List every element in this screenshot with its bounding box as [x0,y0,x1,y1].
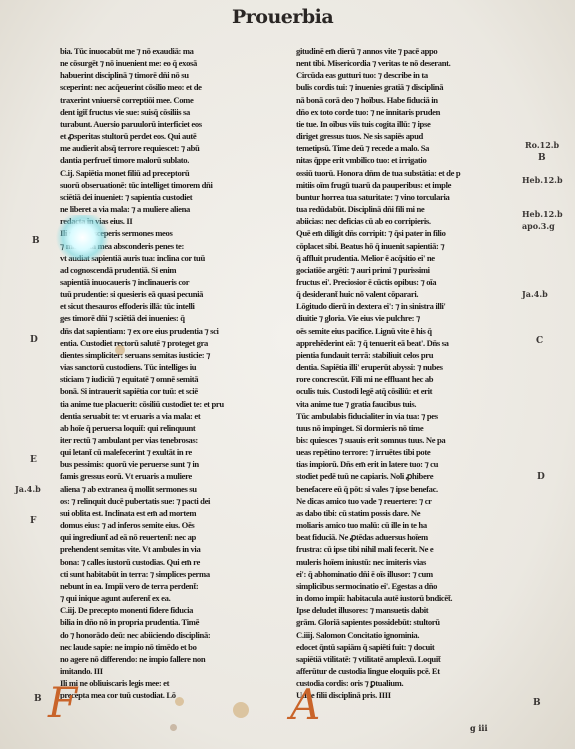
text-line: habuerint disciplinā ⁊ timorē dn̄i nō su [60,69,285,81]
stain [115,345,125,355]
text-line: vita anime tue ⁊ gratia faucibus tuis. [296,398,518,410]
text-line: ges timorē dn̄i ⁊ sciētiā dei inuenies: … [60,312,285,324]
text-line: tia anime tue placuerit: cōsiliū custodi… [60,398,285,410]
text-line: tuū prudentie: si quesieris eā quasi pec… [60,288,285,300]
text-line: nent tibi. Misericordia ⁊ veritas te nō … [296,57,518,69]
margin-letter: B [533,698,541,708]
text-line: qui ingrediunt̄ ad eā nō reuertent̄: nec… [60,531,285,543]
text-line: do ⁊ honorādo deū: nec abiiciendo discip… [60,629,285,641]
text-line: domus eius: ⁊ ad inferos semite eius. Oē… [60,519,285,531]
text-line: dn̄o ex toto corde tuo: ⁊ ne innitaris p… [296,106,518,118]
text-line: dn̄s dat sapientiam: ⁊ ex ore eius prude… [60,325,285,337]
text-line: aliena ⁊ ab extranea q̄ mollit sermones … [60,483,285,495]
text-line: entia. Custodiet rectorū salutē ⁊ proteg… [60,337,285,349]
photo-glare [55,215,110,260]
margin-note-reference: Ja.4.b [522,289,548,299]
margin-letter: E [30,455,37,465]
margin-note-reference: Ja.4.b [15,484,41,494]
text-line: rore concrescūt. Fili mi ne effluant hec… [296,373,518,385]
text-line: bia. Tūc inuocabūt me ⁊ nō exaudiā: ma [60,45,285,57]
text-line: bona: ⁊ calles iustorū custodias. Qui em… [60,556,285,568]
text-line: Quē em̄ diligit dn̄s corripit: ⁊ q̄si pa… [296,227,518,239]
text-line: dentia seruabit te: vt eruaris a via mal… [60,410,285,422]
text-line: bulis cordis tui: ⁊ inuenies gratiā ⁊ di… [296,81,518,93]
margin-letter: D [537,472,545,482]
text-line: et sicut thesauros effoderis illā: tūc i… [60,300,285,312]
text-line: cti sunt habitabūt in terra: ⁊ simplices… [60,568,285,580]
text-line: simplicibus sermocinatio ei'. Egestas a … [296,580,518,592]
text-line: stodiet pedē tuū ne capiaris. Noli ꝓhibe… [296,470,518,482]
text-line: sui oblita est. Inclinata est em̄ ad mor… [60,507,285,519]
text-line: C.ij. Sapiētia monet filiū ad preceptorū [60,167,285,179]
margin-letter: B [34,694,42,704]
text-line: ne cōsurgēt ⁊ nō inuenient me: eo q̄ exo… [60,57,285,69]
text-line: sciētiā dei inueniet: ⁊ sapientia custod… [60,191,285,203]
text-line: tie tue. In oībus viis tuis cogita illū:… [296,118,518,130]
margin-letter: D [30,335,38,345]
text-line: iter rectū ⁊ ambulant per vias tenebrosa… [60,434,285,446]
text-line: bis: quiesces ⁊ suauis erit somnus tuus.… [296,434,518,446]
text-line: ad cognoscendā prudentiā. Si enim [60,264,285,276]
text-line: sticiam ⁊ iudiciū ⁊ equitatē ⁊ omnē semi… [60,373,285,385]
text-line: grām. Gloriā sapientes possidebūt: stult… [296,616,518,628]
text-line: Lōgitudo dierū in dextera ei': ⁊ in sini… [296,300,518,312]
text-line: dientes simpliciter: seruans semitas ius… [60,349,285,361]
text-line: bilia in dn̄o nō in propria prudentia. T… [60,616,285,628]
text-line: apprehēderint eā: ⁊ q̄ tenuerit eā beat'… [296,337,518,349]
text-line: abiicias: nec deficias cū ab eo corripie… [296,215,518,227]
text-line: moliaris amico tuo malū: cū ille in te h… [296,519,518,531]
margin-letter: F [30,516,36,526]
text-line: ⁊ qui inique agunt auferent̄ ex ea. [60,592,285,604]
text-line: gitudinē em̄ dierū ⁊ annos vite ⁊ pacē a… [296,45,518,57]
margin-letter: C [536,336,543,346]
red-initial-letter-a: A [290,680,320,729]
text-line: frustra: cū ipse tibi nihil mali fecerit… [296,543,518,555]
text-line: sapiētiā vtilitatē: ⁊ vtilitatē amplexū.… [296,653,518,665]
text-line: Ipse deludet illusores: ⁊ mansuetis dabi… [296,604,518,616]
text-line: turabunt. Auersio paruulorū interficiet … [60,118,285,130]
text-line: cōplacet sibi. Beatus hō q̄ inuenit sapi… [296,240,518,252]
stain [233,702,249,718]
text-line: pientia fundauit terrā: stabiliuit celos… [296,349,518,361]
text-line: Ili mi ne obliuiscaris legis mee: et [60,677,285,689]
text-line: temetipsū. Time deū ⁊ recede a malo. Sa [296,142,518,154]
text-column-right: gitudinē em̄ dierū ⁊ annos vite ⁊ pacē a… [296,45,518,725]
text-line: vias sanctorū custodiens. Tūc intelliges… [60,361,285,373]
text-line: famis gressus eorū. Vt eruaris a muliere [60,470,285,482]
margin-letter: B [538,153,546,163]
text-line: oculis tuis. Custodi legē atq̄ cōsiliū: … [296,385,518,397]
text-line: dantia perfruet̄ timore malorū sublato. [60,154,285,166]
text-line: no agere nō differendo: ne impio fallere… [60,653,285,665]
text-line: buntur horrea tua saturitate: ⁊ vino tor… [296,191,518,203]
text-line: edocet q̄ntū sapiām q̄ sapiēti fuit: ⁊ d… [296,641,518,653]
text-line: afferūtur de custodia lingue eloquiis pc… [296,665,518,677]
text-line: C.iiij. Salomon Concitatio ignominia. [296,629,518,641]
text-line: nā bonā corā deo ⁊ hoībus. Habe fiduciā … [296,94,518,106]
text-line: bus pessimis: quorū vie peruerse sunt ⁊ … [60,458,285,470]
running-head-title: Prouerbia [232,6,333,28]
text-line: me audierit absq̄ terrore requiescet: ⁊ … [60,142,285,154]
text-line: nitas q̄ppe erit vmbilico tuo: et irriga… [296,154,518,166]
text-line: Circūda eas gutturi tuo: ⁊ describe in t… [296,69,518,81]
text-line: ueas repētino terrore: ⁊ irruētes tibi p… [296,446,518,458]
text-line: diuitie ⁊ gloria. Vie eius vie pulchre: … [296,312,518,324]
signature-mark: g iii [470,723,488,733]
text-line: suorū obseruationē: tūc intelliget timor… [60,179,285,191]
text-line: C.iij. De precepto monenti fidere fiduci… [60,604,285,616]
margin-letter: B [32,236,40,246]
text-line: sapientiā inuocaueris ⁊ inclinaueris cor [60,276,285,288]
manuscript-page: Prouerbia bia. Tūc inuocabūt me ⁊ nō exa… [0,0,575,749]
text-line: bonā. Si intrauerit sapiētia cor tuū: et… [60,385,285,397]
text-line: tias impiorū. Dn̄s em̄ erit in latere tu… [296,458,518,470]
text-line: ossiū tuorū. Honora dn̄m de tua substāti… [296,167,518,179]
margin-note-reference: apo.3.g [522,221,555,231]
text-line: tuus nō impinget. Si dormieris nō time [296,422,518,434]
text-line: in domo impii: habitacula autē iustorū b… [296,592,518,604]
text-line: fructus ei'. Preciosior ē cūctis opibus:… [296,276,518,288]
text-line: et ꝓsperitas stultorū perdet eos. Qui au… [60,130,285,142]
stain [175,697,184,706]
text-line: prehendent semitas vite. Vt ambules in v… [60,543,285,555]
text-line: traxerint vniuersē correptiōi mee. Come [60,94,285,106]
text-line: q̄ affluit prudentia. Melior ē acq̄sitio… [296,252,518,264]
text-line: nebunt in ea. Impii vero de terra perden… [60,580,285,592]
text-line: ab hoīe q̄ peruersa loquit̄: qui relinqu… [60,422,285,434]
text-line: benefacere eū q̄ pōt: si vales ⁊ ipse be… [296,483,518,495]
red-initial-letter-f: F [48,678,77,727]
text-line: sceperint: nec acq̄euerint cōsilio meo: … [60,81,285,93]
margin-note-reference: Heb.12.b [522,209,563,219]
text-line: beat fiduciā. Ne ꝓtēdas aduersus hoīem [296,531,518,543]
text-line: as dabo tibi: cū statim possis dare. Ne [296,507,518,519]
text-line: ei': q̄ abhominatio dn̄i ē oīs illusor: … [296,568,518,580]
text-line: tua redūdabūt. Disciplinā dn̄i fili mi n… [296,203,518,215]
margin-note-reference: Ro.12.b [525,140,559,150]
text-line: dentia. Sapiētia illi' eruperūt abyssi: … [296,361,518,373]
text-line: gociatiōe argēti: ⁊ auri primi ⁊ purissi… [296,264,518,276]
text-line: custodia cordis: oris ⁊ ꝑtualium. [296,677,518,689]
text-line: diriget gressus tuos. Ne sis sapiēs apud [296,130,518,142]
text-column-left: bia. Tūc inuocabūt me ⁊ nō exaudiā: mane… [60,45,285,725]
text-line: precepta mea cor tuū custodiat. Lō [60,689,285,701]
text-line: muleris hoīem iniustū: nec imiteris vias [296,556,518,568]
text-line: Tūc ambulabis fiducialiter in via tua: ⁊… [296,410,518,422]
text-line: nec laude sapie: ne impio nō timēdo et b… [60,641,285,653]
margin-note-reference: Heb.12.b [522,175,563,185]
text-line: qui letant̄ cū malefecerint ⁊ exultāt in… [60,446,285,458]
text-line: Udite filii disciplinā pris. IIII [296,689,518,701]
text-line: oēs semite eius pacifice. Lignū vite ē h… [296,325,518,337]
text-line: mitiis oīm frugū tuarū da pauperibus: et… [296,179,518,191]
text-line: Ne dicas amico tuo vade ⁊ reuertere: ⁊ c… [296,495,518,507]
text-line: ne liberet a via mala: ⁊ a muliere alien… [60,203,285,215]
stain [170,724,177,731]
text-line: os: ⁊ relinquit ducē pubertatis sue: ⁊ p… [60,495,285,507]
text-line: dent igit̄ fructus vie sue: suisq̄ cōsil… [60,106,285,118]
text-line: imitando. III [60,665,285,677]
text-line: q̄ desiderant̄ huic nō valent cōparari. [296,288,518,300]
